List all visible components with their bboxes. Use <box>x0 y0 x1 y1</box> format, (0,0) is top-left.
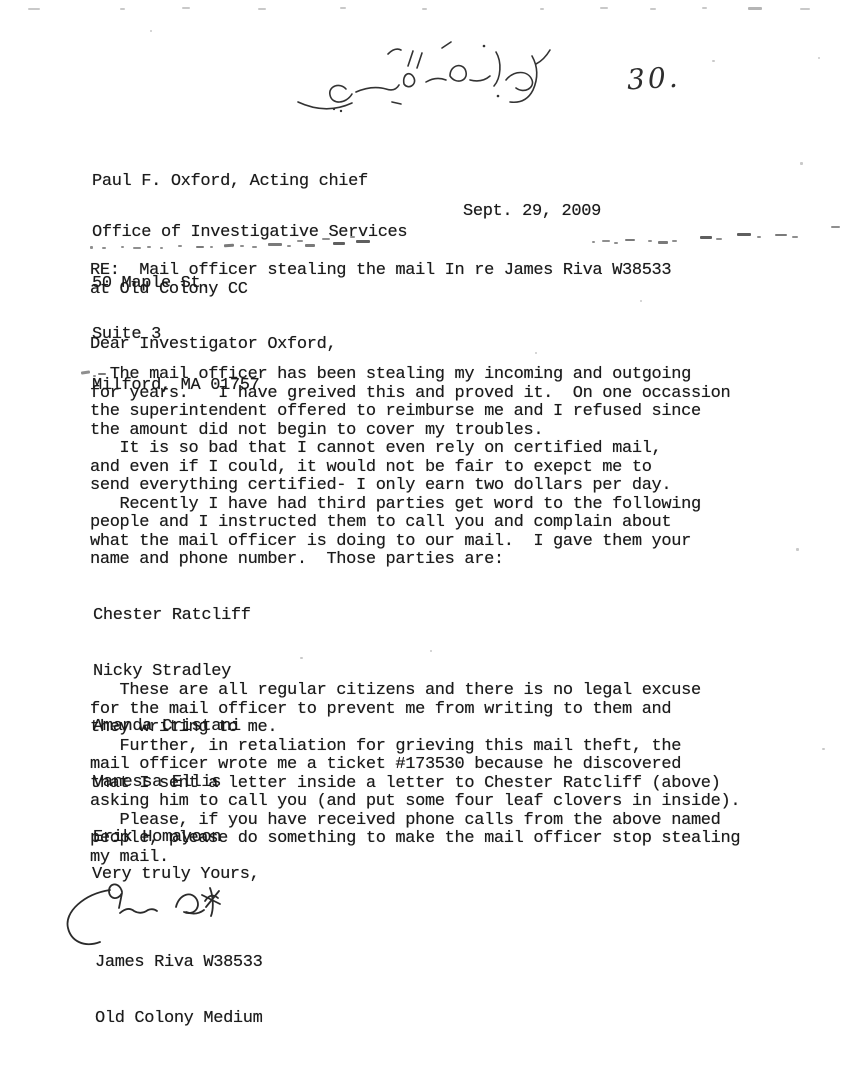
body-paragraphs-1: The mail officer has been stealing my in… <box>90 366 730 570</box>
recipient-line: Paul F. Oxford, Acting chief <box>92 173 407 190</box>
signature-facility: Old Colony Medium <box>95 1010 262 1029</box>
body-paragraphs-2: These are all regular citizens and there… <box>90 682 740 867</box>
signature-block: James Riva W38533 Old Colony Medium <box>95 917 262 1065</box>
recipient-line: Office of Investigative Services <box>92 224 407 241</box>
signature-name: James Riva W38533 <box>95 954 262 973</box>
salutation: Dear Investigator Oxford, <box>90 336 336 355</box>
letter-page: 30. Paul F. Oxford, Acting chief Office … <box>0 0 850 1088</box>
witness-name: Chester Ratcliff <box>93 607 251 626</box>
arabic-calligraphy-icon <box>292 36 572 116</box>
witness-name: Nicky Stradley <box>93 663 251 682</box>
subject-line: RE: Mail officer stealing the mail In re… <box>90 262 671 299</box>
page-number: 30. <box>626 61 681 97</box>
letter-date: Sept. 29, 2009 <box>463 203 601 222</box>
